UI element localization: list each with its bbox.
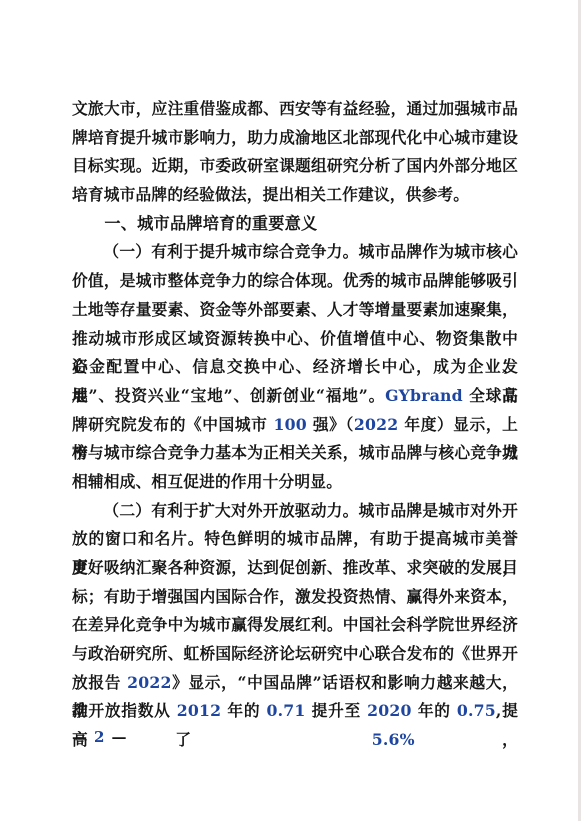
text-line: 目标实现。近期，市委政研室课题组研究分析了国内外部分地区: [72, 152, 518, 181]
text-line: 动开放指数从 2012 年的 0.71 提升至 2020 年的 0.75,提高了…: [72, 697, 518, 726]
section-heading: 一、城市品牌培育的重要意义: [72, 210, 518, 239]
highlighted-value: 0.71: [266, 701, 305, 720]
text-segment: 年的: [221, 701, 266, 720]
text-segment: 培育城市品牌的经验做法，提出相关工作建议，供参考。: [72, 185, 469, 204]
page-number: —2—: [72, 727, 127, 747]
highlighted-value: 100: [273, 415, 306, 434]
text-line: 文旅大市，应注重借鉴成都、西安等有益经验，通过加强城市品: [72, 95, 518, 124]
page-number-dash-right: —: [111, 728, 127, 746]
highlighted-value: 2012: [177, 701, 221, 720]
highlighted-value: 5.6%: [372, 730, 415, 749]
text-segment: 地”、投资兴业“宝地”、创新创业“福地”。: [72, 386, 385, 405]
text-segment: 牌培育提升城市影响力，助力成渝地区北部现代化中心城市建设: [72, 128, 518, 147]
text-line: 市与城市综合竞争力基本为正相关关系，城市品牌与核心竞争力: [72, 439, 518, 468]
text-segment: 市与城市综合竞争力基本为正相关关系，城市品牌与核心竞争力: [72, 443, 518, 462]
text-line: 牌培育提升城市影响力，助力成渝地区北部现代化中心城市建设: [72, 124, 518, 153]
text-segment: 土地等存量要素、资金等外部要素、人才等增量要素加速聚集，: [72, 300, 518, 319]
document-body: 文旅大市，应注重借鉴成都、西安等有益经验，通过加强城市品牌培育提升城市影响力，助…: [72, 95, 518, 726]
highlighted-value: 0.75: [457, 701, 496, 720]
text-segment: 全球品: [463, 386, 518, 405]
text-segment: 牌研究院发布的《中国城市: [72, 415, 273, 434]
text-line: 价值，是城市整体竞争力的综合体现。优秀的城市品牌能够吸引: [72, 267, 518, 296]
text-segment: 文旅大市，应注重借鉴成都、西安等有益经验，通过加强城市品: [72, 99, 518, 118]
text-line: 土地等存量要素、资金等外部要素、人才等增量要素加速聚集，: [72, 296, 518, 325]
document-page: 文旅大市，应注重借鉴成都、西安等有益经验，通过加强城市品牌培育提升城市影响力，助…: [0, 0, 587, 821]
text-line: （一）有利于提升城市综合竞争力。城市品牌作为城市核心: [72, 238, 518, 267]
text-segment: ，: [415, 730, 518, 749]
text-segment: 强》（: [307, 415, 354, 434]
text-segment: 与政治研究所、虹桥国际经济论坛研究中心联合发布的《世界开: [72, 644, 518, 663]
text-line: 在差异化竞争中为城市赢得发展红利。中国社会科学院世界经济: [72, 611, 518, 640]
text-segment: （一）有利于提升城市综合竞争力。城市品牌作为城市核心: [103, 242, 518, 261]
text-segment: 放报告: [72, 673, 127, 692]
text-segment: 相辅相成、相互促进的作用十分明显。: [72, 472, 342, 491]
text-line: 相辅相成、相互促进的作用十分明显。: [72, 468, 518, 497]
text-segment: 价值，是城市整体竞争力的综合体现。优秀的城市品牌能够吸引: [72, 271, 518, 290]
text-line: 更好吸纳汇聚各种资源，达到促创新、推改革、求突破的发展目: [72, 554, 518, 583]
text-line: 标；有助于增强国内国际合作，激发投资热情、赢得外来资本，: [72, 583, 518, 612]
text-segment: 目标实现。近期，市委政研室课题组研究分析了国内外部分地区: [72, 156, 518, 175]
text-segment: 动开放指数从: [72, 701, 177, 720]
text-line: 资金配置中心、信息交换中心、经济增长中心，成为企业发展“高: [72, 353, 518, 382]
text-segment: 一、城市品牌培育的重要意义: [104, 214, 317, 233]
text-segment: 在差异化竞争中为城市赢得发展红利。中国社会科学院世界经济: [72, 615, 518, 634]
text-line: 推动城市形成区域资源转换中心、价值增值中心、物资集散中心、: [72, 325, 518, 354]
page-number-dash-left: —: [72, 728, 88, 746]
text-segment: （二）有利于扩大对外开放驱动力。城市品牌是城市对外开: [103, 501, 518, 520]
text-line: 培育城市品牌的经验做法，提出相关工作建议，供参考。: [72, 181, 518, 210]
text-line: 放的窗口和名片。特色鲜明的城市品牌，有助于提高城市美誉度，: [72, 525, 518, 554]
text-line: 放报告 2022》显示，“中国品牌”话语权和影响力越来越大，推: [72, 669, 518, 698]
text-line: 地”、投资兴业“宝地”、创新创业“福地”。GYbrand 全球品: [72, 382, 518, 411]
highlighted-value: 2022: [354, 415, 398, 434]
text-segment: 提升至: [305, 701, 367, 720]
scan-edge-line: [578, 0, 581, 821]
text-line: 与政治研究所、虹桥国际经济论坛研究中心联合发布的《世界开: [72, 640, 518, 669]
page-number-value: 2: [88, 728, 111, 746]
text-segment: 年的: [412, 701, 457, 720]
text-segment: 标；有助于增强国内国际合作，激发投资热情、赢得外来资本，: [72, 587, 518, 606]
text-segment: 更好吸纳汇聚各种资源，达到促创新、推改革、求突破的发展目: [72, 558, 518, 577]
highlighted-value: 2020: [367, 701, 411, 720]
highlighted-value: GYbrand: [385, 386, 463, 405]
text-line: 牌研究院发布的《中国城市 100 强》（2022 年度）显示，上榜城: [72, 411, 518, 440]
text-line: （二）有利于扩大对外开放驱动力。城市品牌是城市对外开: [72, 497, 518, 526]
highlighted-value: 2022: [127, 673, 171, 692]
